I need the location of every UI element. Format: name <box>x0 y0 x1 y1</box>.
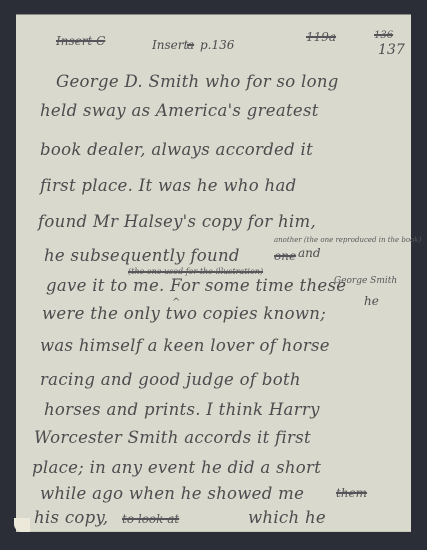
page-number: 137 <box>378 42 405 58</box>
insertion-above-line-6: another (the one reproduced in the book) <box>274 236 421 244</box>
manuscript-line-13: place; in any event he did a short <box>32 458 321 477</box>
manuscript-line-15-continuation: which he <box>248 508 326 527</box>
manuscript-line-11: horses and prints. I think Harry <box>44 400 320 419</box>
manuscript-line-4: first place. It was he who had <box>40 176 296 195</box>
manuscript-line-1: George D. Smith who for so long <box>56 72 339 91</box>
struck-insert-label: Insert C <box>56 34 105 48</box>
manuscript-line-6: he subsequently found <box>44 246 240 265</box>
manuscript-line-2: held sway as America's greatest <box>40 101 319 120</box>
manuscript-line-8: were the only two copies known; <box>42 304 326 323</box>
struck-word-them: them <box>336 486 367 500</box>
manuscript-line-7: gave it to me. For some time these <box>46 276 346 295</box>
manuscript-line-5: found Mr Halsey's copy for him, <box>38 212 316 231</box>
manuscript-line-3: book dealer, always accorded it <box>40 140 313 159</box>
struck-word-one: one <box>274 249 296 263</box>
manuscript-page: Insert C Insert a p.136 119a 136 137 Geo… <box>16 14 411 532</box>
insertion-george-smith: George Smith <box>334 276 397 286</box>
insert-label: Insert <box>152 38 188 52</box>
torn-corner <box>14 518 30 532</box>
manuscript-line-14: while ago when he showed me <box>40 484 304 503</box>
insert-struck-mark: a <box>187 38 194 52</box>
insertion-he: he <box>364 294 379 308</box>
struck-page-number-2: 136 <box>374 30 393 41</box>
manuscript-line-15: his copy, <box>34 508 108 527</box>
page-reference: p.136 <box>200 38 234 52</box>
manuscript-line-10: racing and good judge of both <box>40 370 301 389</box>
struck-illustration-note: (the one used for the illustration) <box>128 267 263 276</box>
insertion-and: and <box>298 246 321 260</box>
struck-to-look-at: to look at <box>122 512 179 526</box>
manuscript-line-12: Worcester Smith accords it first <box>34 428 311 447</box>
struck-page-number-1: 119a <box>306 30 336 44</box>
manuscript-line-9: was himself a keen lover of horse <box>40 336 330 355</box>
